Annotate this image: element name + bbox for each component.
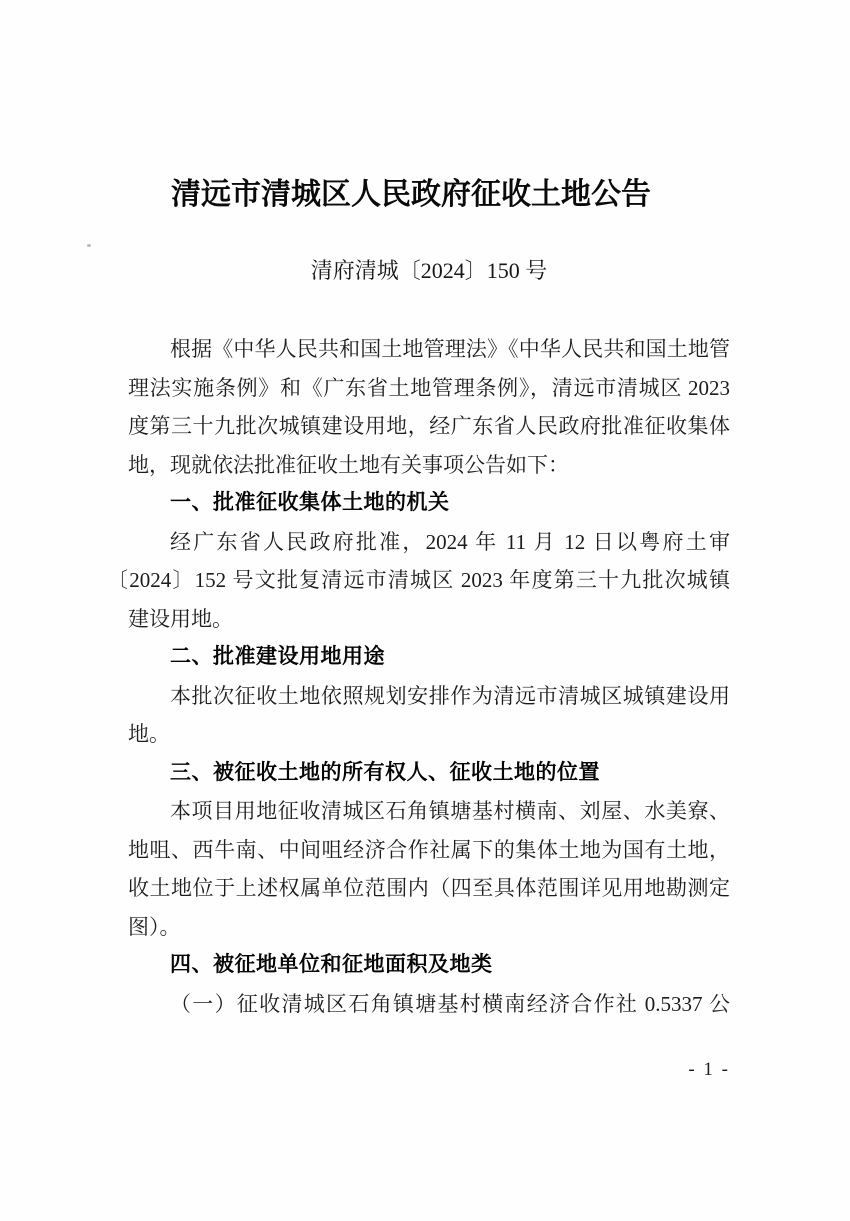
body-text-line: 图）。 <box>128 908 730 947</box>
body-text-line: （一）征收清城区石角镇塘基村横南经济合作社 0.5337 公顷， <box>128 985 730 1024</box>
scan-artifact <box>87 244 91 247</box>
document-body: 根据《中华人民共和国土地管理法》《中华人民共和国土地管理法实施条例》和《广东省土… <box>128 330 730 1023</box>
body-text-line: 地，现就依法批准征收土地有关事项公告如下： <box>128 446 730 485</box>
body-text-line: 本项目用地征收清城区石角镇塘基村横南、刘屋、水美寮、土 <box>128 792 730 831</box>
body-text-line: 根据《中华人民共和国土地管理法》《中华人民共和国土地管 <box>128 330 730 369</box>
body-text-line: 本批次征收土地依照规划安排作为清远市清城区城镇建设用 <box>128 677 730 716</box>
document-page: 清远市清城区人民政府征收土地公告 清府清城〔2024〕150 号 根据《中华人民… <box>0 0 850 1221</box>
body-text-line: 度第三十九批次城镇建设用地，经广东省人民政府批准征收集体土 <box>128 407 730 446</box>
section-heading: 一、批准征收集体土地的机关 <box>128 484 730 523</box>
section-heading: 四、被征地单位和征地面积及地类 <box>128 946 730 985</box>
document-title: 清远市清城区人民政府征收土地公告 <box>0 169 836 213</box>
body-text-line: 理法实施条例》和《广东省土地管理条例》，清远市清城区 2023 年 <box>128 369 730 408</box>
body-text-line: 经广东省人民政府批准，2024 年 11 月 12 日以粤府土审（19） <box>128 523 730 562</box>
document-number: 清府清城〔2024〕150 号 <box>4 254 850 285</box>
body-text-line: 地。 <box>128 715 730 754</box>
body-text-line: 〔2024〕152 号文批复清远市清城区 2023 年度第三十九批次城镇 <box>107 561 730 600</box>
section-heading: 二、批准建设用地用途 <box>128 638 730 677</box>
page-number: - 1 - <box>128 1058 730 1082</box>
body-text-line: 建设用地。 <box>128 600 730 639</box>
section-heading: 三、被征收土地的所有权人、征收土地的位置 <box>128 754 730 793</box>
body-text-line: 收土地位于上述权属单位范围内（四至具体范围详见用地勘测定界 <box>128 869 730 908</box>
body-text-line: 地咀、西牛南、中间咀经济合作社属下的集体土地为国有土地，征 <box>128 831 730 870</box>
